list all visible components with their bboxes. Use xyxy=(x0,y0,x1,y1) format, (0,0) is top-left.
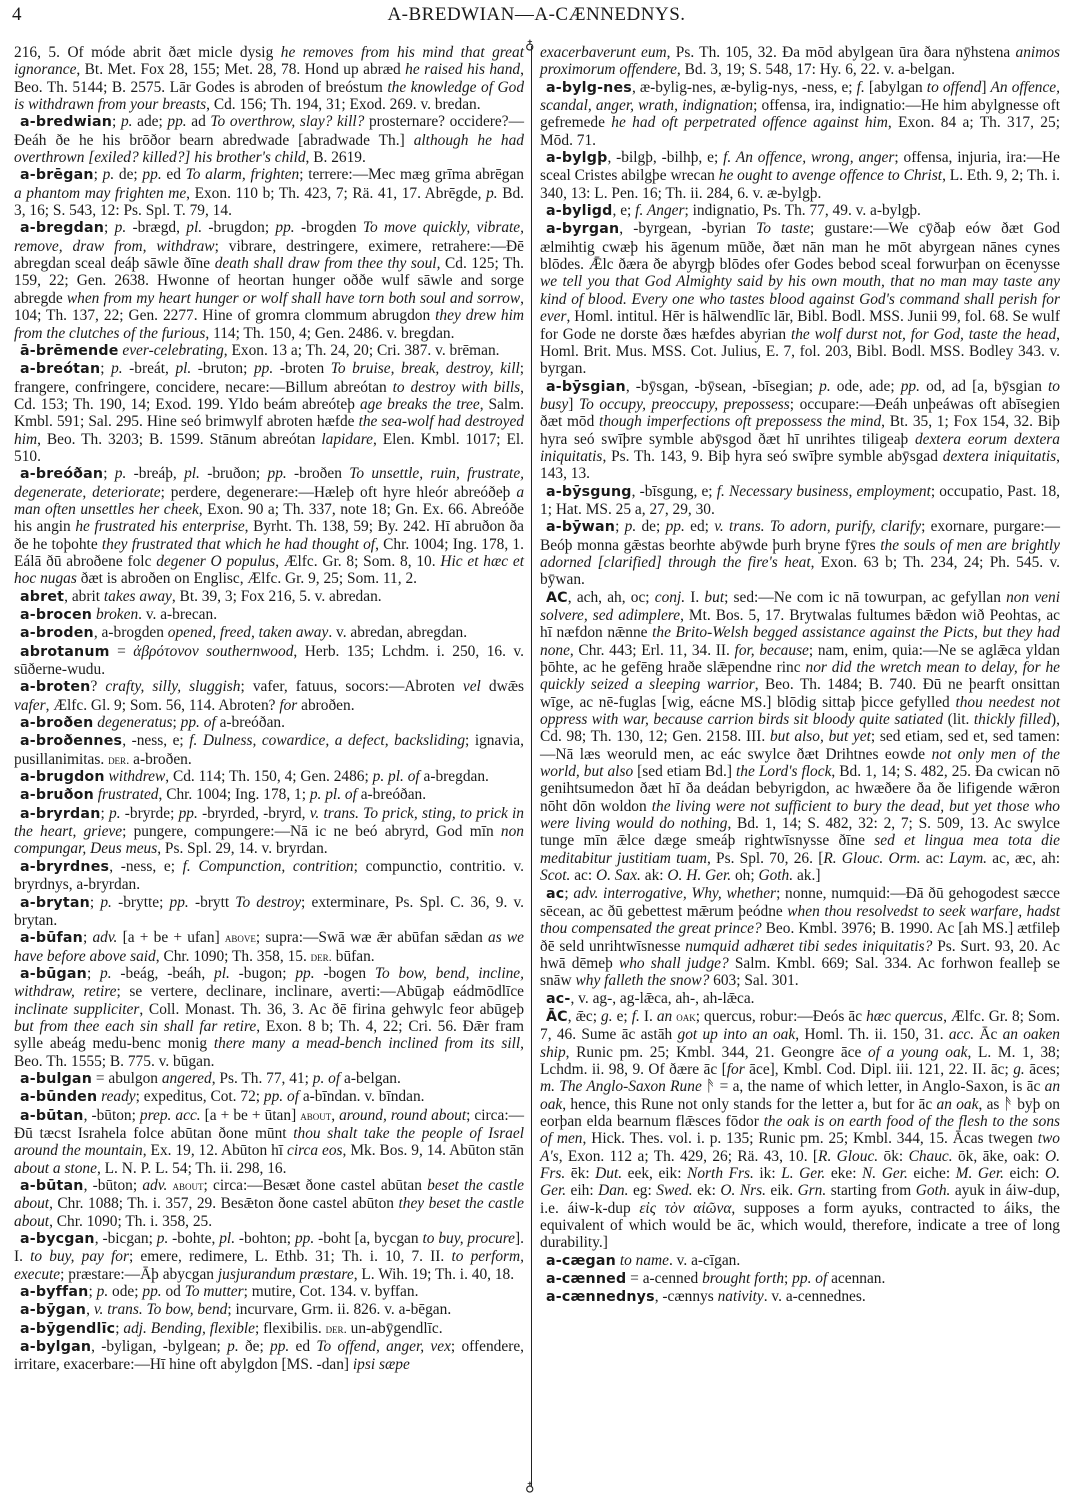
entry-text: , B. 2619. xyxy=(306,149,366,166)
entry-text: ōk, āke, oak: xyxy=(953,1148,1045,1165)
entry-continuation: exacerbaverunt eum, Ps. Th. 105, 32. Ða … xyxy=(540,44,1060,79)
entry-headword: a-bȳsgian xyxy=(546,379,626,395)
italic-gloss: Dut. xyxy=(595,1165,622,1182)
entry-headword: ac- xyxy=(546,991,570,1007)
entry-text: eke: xyxy=(825,1165,862,1182)
entry-text: de; xyxy=(636,518,665,535)
italic-gloss: p. xyxy=(486,185,498,202)
italic-gloss: O. Nrs. xyxy=(720,1182,766,1199)
dictionary-entry: a-byligd, e; f. Anger; indignatio, Ps. T… xyxy=(540,202,1060,220)
entry-text: ; incurvare, Grm. ii. 826. v. a-bēgan. xyxy=(227,1301,451,1318)
entry-text: ade; xyxy=(133,113,168,130)
entry-text: -broten xyxy=(273,360,331,377)
entry-text: . v. a-brecan. xyxy=(138,606,217,623)
entry-text: ; xyxy=(615,518,625,535)
italic-gloss: to destroy with bills xyxy=(393,379,520,396)
italic-gloss: there many a mead-bench inclined from it… xyxy=(214,1035,520,1052)
entry-text: , ǣc; xyxy=(568,1008,601,1025)
entry-text: , -ness, e; xyxy=(122,732,189,749)
italic-gloss: takes away xyxy=(104,588,172,605)
entry-text: -brytt xyxy=(189,894,236,911)
entry-text: ; xyxy=(100,360,111,377)
italic-gloss: an xyxy=(657,1008,672,1025)
entry-text: ; xyxy=(173,714,181,731)
italic-gloss: p. xyxy=(115,465,127,482)
entry-headword: a-būfan xyxy=(20,930,83,946)
italic-gloss: εἰς τὸν αἰῶνα xyxy=(639,1200,731,1217)
italic-gloss: Laym. xyxy=(949,850,987,867)
entry-text: ; xyxy=(94,166,103,183)
italic-gloss: he frustrated his enterprise xyxy=(75,518,244,535)
entry-text: -brytte; xyxy=(112,894,170,911)
entry-text: ; xyxy=(103,465,115,482)
italic-gloss: To destroy xyxy=(235,894,301,911)
italic-gloss: ever-celebrating xyxy=(122,342,223,359)
italic-gloss: ipsi sæpe xyxy=(353,1356,410,1373)
italic-gloss: they frustrated that which he had though… xyxy=(102,536,375,553)
italic-gloss: for xyxy=(727,1061,745,1078)
entry-text: -brugdon; xyxy=(202,219,275,236)
italic-gloss: Swed. xyxy=(656,1182,692,1199)
italic-gloss: pl. xyxy=(219,1230,235,1247)
italic-gloss: a phantom may frighten me xyxy=(14,185,186,202)
entry-text: , Chr. 1004; Ing. 178, 1; xyxy=(159,786,310,803)
italic-gloss: p. xyxy=(97,1283,109,1300)
italic-gloss: N. Ger. xyxy=(862,1165,908,1182)
entry-text: eih: xyxy=(566,1182,598,1199)
entry-headword: a-broten xyxy=(20,679,90,695)
entry-text: , -būton; xyxy=(84,1177,143,1194)
entry-text: . v. abredan, abregdan. xyxy=(328,624,467,641)
entry-text: ; perdere, degenerare:—Hæleþ oft hyre hl… xyxy=(161,484,517,501)
entry-text: -breát, xyxy=(123,360,176,377)
entry-text: -bugon; xyxy=(230,965,295,982)
column-ornament-bottom-icon: ♁ xyxy=(525,1480,535,1493)
entry-text: ; quercus, robur:—Ðeós āc xyxy=(696,1008,866,1025)
italic-gloss: R. Glouc. xyxy=(818,1148,878,1165)
italic-gloss: age breaks the tree xyxy=(360,396,480,413)
entry-text: [a + be + ufan] xyxy=(117,929,225,946)
dictionary-entry: a-brugdon withdrew, Cd. 114; Th. 150, 4;… xyxy=(14,768,524,786)
entry-text: 216, 5. Of móde abrit ðæt micle dysig xyxy=(14,44,281,61)
entry-text: dwǣs xyxy=(481,678,524,695)
entry-text: ; indignatio, Ps. Th. 77, 49. v. a-bylgþ… xyxy=(684,202,920,219)
italic-gloss: Chauc. xyxy=(909,1148,953,1165)
entry-text: ; terrere:—Mec mæg grīma abrēgan xyxy=(299,166,524,183)
entry-text: ōk: xyxy=(878,1148,908,1165)
entry-headword: a-būtan xyxy=(20,1178,84,1194)
italic-gloss: brought forth xyxy=(702,1270,784,1287)
italic-gloss: v. trans. To adorn, purify, clarify xyxy=(714,518,921,535)
entry-headword: a-bȳwan xyxy=(546,519,615,535)
small-caps-label: der. xyxy=(326,1321,347,1336)
italic-gloss: adv. xyxy=(92,929,117,946)
italic-gloss: Grn. xyxy=(798,1182,827,1199)
entry-text: ; emere, redimere, L. Ethb. 31; Th. i. 1… xyxy=(129,1248,451,1265)
entry-text: -bruðon; xyxy=(200,465,268,482)
italic-gloss: broken xyxy=(96,606,138,623)
italic-gloss: pp. xyxy=(270,1338,289,1355)
italic-gloss: acc. xyxy=(949,1026,974,1043)
entry-text: , -byligan, -bylgean; xyxy=(91,1338,227,1355)
entry-text: a-bregdan. xyxy=(420,768,489,785)
entry-headword: a-byligd xyxy=(546,203,613,219)
italic-gloss: death shall draw from thee thy soul xyxy=(215,255,437,272)
entry-text: , -byrgean, -byrian xyxy=(619,220,756,237)
italic-gloss: pp. xyxy=(142,166,161,183)
entry-text: = xyxy=(110,643,134,660)
entry-headword: a-breótan xyxy=(20,361,100,377)
italic-gloss: an oak xyxy=(937,1096,979,1113)
entry-text: -bruton; xyxy=(191,360,254,377)
italic-gloss: p. xyxy=(157,1230,169,1247)
entry-text: , -cænnys xyxy=(655,1288,718,1305)
entry-text: , Chr. 1088; Th. i. 357, 29. Besǣton ðon… xyxy=(49,1195,398,1212)
entry-headword: a-brocen xyxy=(20,607,92,623)
italic-gloss: but also, but yet xyxy=(770,728,871,745)
entry-headword: a-brēgan xyxy=(20,167,94,183)
italic-gloss: pp. xyxy=(295,1230,314,1247)
entry-headword: a-cægan xyxy=(546,1253,616,1269)
italic-gloss: p. pl. of xyxy=(310,786,357,803)
entry-headword: ā-brēmende xyxy=(20,343,119,359)
italic-gloss: when from my heart hunger or wolf shall … xyxy=(67,290,520,307)
italic-gloss: crafty, silly, sluggish xyxy=(105,678,240,695)
entry-text: eek, eik: xyxy=(622,1165,687,1182)
italic-gloss: pp. xyxy=(666,518,685,535)
entry-text: -brægd, xyxy=(126,219,186,236)
entry-text: ðe; xyxy=(239,1338,270,1355)
dictionary-entry: a-bulgan = abulgon angered, Ps. Th. 77, … xyxy=(14,1070,524,1088)
entry-text: , Ps. Th. 143, 9. Biþ hyra seó swīþre sy… xyxy=(602,448,942,465)
entry-text: , xyxy=(331,1107,339,1124)
entry-text: , Ex. 19, 12. Abūton hī xyxy=(143,1142,287,1159)
entry-text: un-abȳgendlīc. xyxy=(347,1320,443,1337)
italic-gloss: though imperfections oft prepossess the … xyxy=(599,413,881,430)
italic-gloss: vafer xyxy=(14,697,46,714)
entry-text: -bogen xyxy=(315,965,375,982)
italic-gloss: vel xyxy=(463,678,481,695)
italic-gloss: pl. xyxy=(184,465,200,482)
entry-text: , v. ag-, ag-lǣca, ah-, ah-lǣca. xyxy=(570,990,754,1007)
italic-gloss: for, because xyxy=(735,642,809,659)
italic-gloss: O. H. Ger. xyxy=(667,867,731,884)
entry-text: ; xyxy=(87,965,100,982)
dictionary-entry: a-cænned = a-cenned brought forth; pp. o… xyxy=(540,1270,1060,1288)
entry-headword: a-broden xyxy=(20,625,94,641)
italic-gloss: to name xyxy=(620,1252,669,1269)
entry-text: , Ps. Th. 77, 41; xyxy=(212,1070,313,1087)
entry-headword: a-bregdan xyxy=(20,220,104,236)
entry-text: eik. xyxy=(766,1182,798,1199)
italic-gloss: p. xyxy=(115,219,127,236)
entry-headword: a-būtan xyxy=(20,1108,84,1124)
entry-text: , -bȳsgan, -bȳsean, -bīsegian; xyxy=(626,378,819,395)
entry-text: I. xyxy=(640,1008,657,1025)
entry-headword: ĀC xyxy=(546,1009,568,1025)
entry-text: , Homl. Th. ii. 150, 31. xyxy=(795,1026,949,1043)
entry-text: ðæt is abroðen on Englisc, Ælfc. Gr. 9, … xyxy=(77,570,417,587)
italic-gloss: p. xyxy=(819,378,831,395)
dictionary-entry: a-bredwian; p. ade; pp. ad To overthrow,… xyxy=(14,113,524,166)
italic-gloss: f. Anger xyxy=(635,202,684,219)
italic-gloss: North Frs. xyxy=(687,1165,754,1182)
entry-headword: a-būnden xyxy=(20,1089,97,1105)
entry-headword: a-bȳsgung xyxy=(546,484,632,500)
entry-text: , Bt. Met. Fox 28, 155; Met. 28, 78. Hon… xyxy=(76,61,405,78)
italic-gloss: pp. xyxy=(170,894,189,911)
entry-text: 603; Sal. 301. xyxy=(709,972,798,989)
italic-gloss: f. xyxy=(857,79,865,96)
small-caps-label: der. xyxy=(108,752,129,767)
italic-gloss: adj. Bending, flexible xyxy=(123,1320,255,1337)
column-ornament-top-icon: ♁ xyxy=(525,38,535,51)
italic-gloss: To alarm, frighten xyxy=(186,166,300,183)
entry-text: , -bilgþ, -bilhþ, e; xyxy=(607,149,723,166)
dictionary-entry: a-bylgþ, -bilgþ, -bilhþ, e; f. An offenc… xyxy=(540,149,1060,202)
entry-text: a-bīndan. v. bīndan. xyxy=(299,1088,425,1105)
dictionary-entry: a-breóðan; p. -breáþ, pl. -bruðon; pp. -… xyxy=(14,465,524,587)
dictionary-entry: a-būtan, -būton; prep. acc. [a + be + ūt… xyxy=(14,1107,524,1177)
italic-gloss: why falleth the snow? xyxy=(575,972,709,989)
dictionary-entry: AC, ach, ah, oc; conj. I. but; sed:—Ne c… xyxy=(540,589,1060,885)
entry-headword: a-bylg-nes xyxy=(546,80,632,96)
entry-text: , Ps. Spl. 29, 14. v. bryrdan. xyxy=(157,840,327,857)
entry-text: ; xyxy=(89,1283,97,1300)
italic-gloss: inclinate suppliciter xyxy=(14,1001,139,1018)
entry-text: āce], Kmbl. Cod. Dipl. iii. 121, 22. II.… xyxy=(745,1061,1014,1078)
dictionary-entry: a-bylg-nes, æ-bylig-nes, æ-bylig-nys, -n… xyxy=(540,79,1060,149)
entry-text: , Mk. Bos. 9, 14. Abūton stān xyxy=(343,1142,524,1159)
entry-text: I. xyxy=(685,589,704,606)
entry-text: od, ad [a, bȳsgian xyxy=(920,378,1048,395)
entry-text: de; xyxy=(114,166,142,183)
italic-gloss: pp. xyxy=(142,1283,161,1300)
entry-text: ik: xyxy=(754,1165,781,1182)
italic-gloss: To mutter xyxy=(185,1283,244,1300)
small-caps-label: about xyxy=(300,1108,331,1123)
entry-text: ; xyxy=(112,113,121,130)
dictionary-entry: a-broðen degeneratus; pp. of a-breóðan. xyxy=(14,714,524,732)
italic-gloss: p. xyxy=(227,1338,239,1355)
entry-text: ac: xyxy=(570,867,596,884)
entry-text: , Cd. 114; Th. 150, 4; Gen. 2486; xyxy=(165,768,372,785)
entry-text: , Hick. Thes. vol. i. p. 135; Runic pm. … xyxy=(583,1130,1038,1147)
italic-gloss: f. An offence, wrong, anger xyxy=(723,149,894,166)
entry-text: , a-brogden xyxy=(94,624,168,641)
entry-headword: a-bulgan xyxy=(20,1071,92,1087)
entry-headword: a-brytan xyxy=(20,895,90,911)
entry-text: -beág, -beáh, xyxy=(112,965,214,982)
italic-gloss: dextera iniquitatis xyxy=(943,448,1056,465)
entry-text: eich: xyxy=(1004,1165,1045,1182)
entry-text: ed xyxy=(162,166,186,183)
italic-gloss: pp. xyxy=(901,378,920,395)
entry-text: od xyxy=(162,1283,185,1300)
entry-text: ; expeditus, Cot. 72; xyxy=(136,1088,264,1105)
italic-gloss: jusjurandum præstare xyxy=(218,1266,354,1283)
entry-text: ] xyxy=(568,396,579,413)
entry-text: ᚫ = a, the name of which letter, in Angl… xyxy=(702,1078,1045,1095)
entry-text: , 114; Th. 150, 4; Gen. 2486. v. bregdan… xyxy=(205,325,454,342)
entry-text: a-broðen. xyxy=(129,751,191,768)
entry-text: (lit. xyxy=(943,711,974,728)
italic-gloss: who shall judge? xyxy=(619,955,729,972)
entry-text: , -bicgan; xyxy=(95,1230,157,1247)
entry-text: [sed etiam Bd.] xyxy=(633,763,736,780)
dictionary-entry: a-broden, a-brogden opened, freed, taken… xyxy=(14,624,524,642)
italic-gloss: prep. acc. xyxy=(140,1107,201,1124)
entry-text: , Coll. Monast. Th. 36, 3. Ac ðē firina … xyxy=(139,1001,524,1018)
entry-text: ; pungere, compungere:—Nā ic ne beó abry… xyxy=(122,823,501,840)
entry-text: acennan. xyxy=(827,1270,885,1287)
entry-text: ode, ade; xyxy=(831,378,901,395)
italic-gloss: Dan. xyxy=(598,1182,628,1199)
entry-text: ; xyxy=(90,894,100,911)
entry-text: a-belgan. xyxy=(340,1070,401,1087)
italic-gloss: of a young oak xyxy=(868,1044,968,1061)
entry-text: , Chr. 443; Erl. 11, 34. II. xyxy=(570,642,735,659)
entry-text: ad xyxy=(187,113,211,130)
dictionary-entry: a-būnden ready; expeditus, Cot. 72; pp. … xyxy=(14,1088,524,1106)
entry-text: ; xyxy=(101,805,110,822)
italic-gloss: pp. of xyxy=(181,714,216,731)
italic-gloss: To offend, anger, vex xyxy=(316,1338,451,1355)
entry-text: , Ælfc. Gr. 8; Som. 8, 10. xyxy=(275,553,440,570)
entry-text: ? xyxy=(90,678,105,695)
italic-gloss: To taste xyxy=(756,220,810,237)
italic-gloss: pp. xyxy=(268,465,287,482)
italic-gloss: p. xyxy=(103,166,115,183)
italic-gloss: p. xyxy=(109,805,121,822)
italic-gloss: to buy, procure xyxy=(422,1230,515,1247)
entry-text: abroðen. xyxy=(297,697,354,714)
entry-text: -bohton; xyxy=(235,1230,295,1247)
italic-gloss: g. xyxy=(601,1008,613,1025)
entry-text: būfan. xyxy=(332,948,375,965)
italic-gloss: conj. xyxy=(655,589,685,606)
dictionary-entry: ĀC, ǣc; g. e; f. I. an oak; quercus, rob… xyxy=(540,1008,1060,1252)
entry-text: oh; xyxy=(731,867,758,884)
entry-text: [a + be + ūtan] xyxy=(201,1107,301,1124)
entry-headword: a-bylgþ xyxy=(546,150,607,166)
italic-gloss: exacerbaverunt eum xyxy=(540,44,667,61)
italic-gloss: pp. of xyxy=(792,1270,827,1287)
entry-text: , hence, this Rune not only stands for t… xyxy=(562,1096,936,1113)
entry-text: . v. a-cennednes. xyxy=(764,1288,866,1305)
italic-gloss: Goth. xyxy=(916,1182,951,1199)
italic-gloss: opened, freed, taken away xyxy=(168,624,329,641)
entry-text: = a-cenned xyxy=(626,1270,702,1287)
italic-gloss: adv. xyxy=(142,1177,167,1194)
italic-gloss: he raised his hand xyxy=(405,61,520,78)
entry-text: , Bt. 39, 3; Fox 216, 5. v. abredan. xyxy=(172,588,382,605)
italic-gloss: pl. xyxy=(175,360,191,377)
dictionary-entry: a-bryrdnes, -ness, e; f. Compunction, co… xyxy=(14,858,524,894)
italic-gloss: p. of xyxy=(313,1070,340,1087)
italic-gloss: thickly filled xyxy=(974,711,1051,728)
italic-gloss: pp. xyxy=(275,219,294,236)
italic-gloss: To overthrow, slay? kill? xyxy=(210,113,364,130)
entry-headword: a-bycgan xyxy=(20,1231,95,1247)
italic-gloss: f. xyxy=(632,1008,640,1025)
entry-headword: a-byffan xyxy=(20,1284,89,1300)
entry-text: -broðen xyxy=(287,465,349,482)
entry-headword: a-broðen xyxy=(20,715,93,731)
dictionary-entry: a-brocen broken. v. a-brecan. xyxy=(14,606,524,624)
entry-headword: a-bruðon xyxy=(20,787,94,803)
entry-text: ; xyxy=(784,1270,792,1287)
dictionary-entry: a-broten? crafty, silly, sluggish; vafer… xyxy=(14,678,524,714)
dictionary-entry: ac-, v. ag-, ag-lǣca, ah-, ah-lǣca. xyxy=(540,990,1060,1008)
italic-gloss: circa eos xyxy=(287,1142,343,1159)
entry-text: , Beo. Th. 3203; B. 1599. Stānum abreóta… xyxy=(37,431,321,448)
entry-text: āces; xyxy=(1025,1061,1060,1078)
entry-text: -boht [a, bycgan xyxy=(314,1230,422,1247)
entry-text: eiche: xyxy=(908,1165,956,1182)
italic-gloss: pp. of xyxy=(264,1088,299,1105)
entry-text: , abrit xyxy=(64,588,104,605)
entry-headword: a-bredwian xyxy=(20,114,112,130)
dictionary-entry: a-būtan, -būton; adv. about; circa:—Besæ… xyxy=(14,1177,524,1230)
entry-text: , L. N. P. L. 54; Th. ii. 298, 16. xyxy=(97,1160,287,1177)
entry-text: ] xyxy=(981,79,990,96)
entry-headword: ac xyxy=(546,886,564,902)
italic-gloss: the wolf durst not, for God, taste the h… xyxy=(791,326,1056,343)
entry-text: . v. a-cīgan. xyxy=(669,1252,740,1269)
entry-text: , Chr. 1090; Th. 358, 15. xyxy=(156,948,311,965)
italic-gloss: pp. xyxy=(179,805,198,822)
entry-text: , Exon. 112 a; Th. 429, 26; Rä. 43, 10. … xyxy=(559,1148,818,1165)
entry-text: , -bīsgung, e; xyxy=(632,483,717,500)
entry-text: , xyxy=(86,1301,94,1318)
entry-text: ; sed:—Ne com ic nā towurpan, ac gefylla… xyxy=(724,589,1006,606)
entry-text: , Ælfc. Gl. 9; Som. 56, 114. Abroten? xyxy=(46,697,280,714)
dictionary-entry: a-bryrdan; p. -bryrde; pp. -bryrded, -br… xyxy=(14,805,524,858)
italic-gloss: adv. interrogative, Why, whether xyxy=(573,885,776,902)
entry-text: ; vafer, fatuus, socors:—Abroten xyxy=(240,678,462,695)
italic-gloss: p. xyxy=(111,360,123,377)
italic-gloss: frustrated xyxy=(98,786,159,803)
italic-gloss: he had oft perpetrated offence against h… xyxy=(611,114,888,131)
entry-text: ; præstare:—Āþ abycgan xyxy=(60,1266,218,1283)
column-divider xyxy=(531,46,532,1486)
entry-text: , Chr. 1090; Th. i. 358, 25. xyxy=(49,1213,212,1230)
italic-gloss: p. xyxy=(100,894,112,911)
entry-text: , Exon. 13 a; Th. 24, 20; Cri. 387. v. b… xyxy=(224,342,500,359)
italic-gloss: ἀβρότονον southernwood xyxy=(133,643,293,660)
italic-gloss: p. xyxy=(121,113,133,130)
dictionary-entry: a-bȳgendlīc; adj. Bending, flexible; fle… xyxy=(14,1320,524,1338)
italic-gloss: but xyxy=(704,589,724,606)
italic-gloss: Scot. xyxy=(540,867,570,884)
italic-gloss: nativity xyxy=(718,1288,764,1305)
entry-text: , Cd. 156; Th. 194, 31; Exod. 269. v. br… xyxy=(206,96,480,113)
italic-gloss: g. xyxy=(1013,1061,1025,1078)
entry-headword: a-brugdon xyxy=(20,769,105,785)
dictionary-entry: a-byffan; p. ode; pp. od To mutter; muti… xyxy=(14,1283,524,1301)
entry-text: -breáþ, xyxy=(126,465,184,482)
italic-gloss: R. Glouc. Orm. xyxy=(823,850,920,867)
entry-text: ēk: xyxy=(565,1165,595,1182)
italic-gloss: f. Necessary business, employment xyxy=(717,483,931,500)
italic-gloss: but from thee each sin shall far retire xyxy=(14,1018,256,1035)
italic-gloss: Goth. xyxy=(758,867,793,884)
entry-text: a-breóðan. xyxy=(216,714,285,731)
entry-text: ; se vertere, declinare, inclinare, aver… xyxy=(117,983,524,1000)
entry-continuation: 216, 5. Of móde abrit ðæt micle dysig he… xyxy=(14,44,524,113)
small-caps-label: about xyxy=(173,1178,204,1193)
